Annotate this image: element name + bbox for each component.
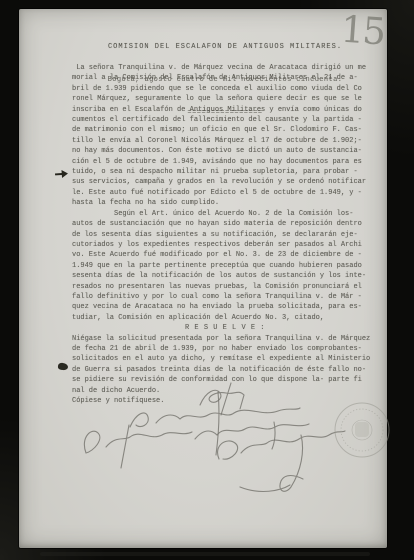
handwritten-page-number: 15 xyxy=(340,8,386,54)
resolve-heading: R E S U E L V E : xyxy=(72,323,378,333)
document-title: COMISION DEL ESCALAFON DE ANTIGUOS MILIT… xyxy=(72,42,378,53)
margin-blob-ink-mark xyxy=(58,362,69,370)
scan-background: COMISION DEL ESCALAFON DE ANTIGUOS MILIT… xyxy=(0,0,414,560)
margin-arrow-ink-mark xyxy=(55,170,69,179)
scan-edge-streak xyxy=(40,552,370,556)
typewritten-paragraph-1: La señora Tranquilina v. de Márquez veci… xyxy=(72,63,378,209)
signature xyxy=(218,431,345,491)
signature xyxy=(84,425,192,468)
rubric-signature xyxy=(200,383,244,415)
typewritten-body: La señora Tranquilina v. de Márquez veci… xyxy=(72,63,378,406)
official-seal-icon xyxy=(332,401,392,461)
typewritten-paragraph-2: Según el Art. único del Acuerdo No. 2 de… xyxy=(72,209,378,323)
signature xyxy=(195,422,309,449)
document-page: COMISION DEL ESCALAFON DE ANTIGUOS MILIT… xyxy=(19,9,387,548)
